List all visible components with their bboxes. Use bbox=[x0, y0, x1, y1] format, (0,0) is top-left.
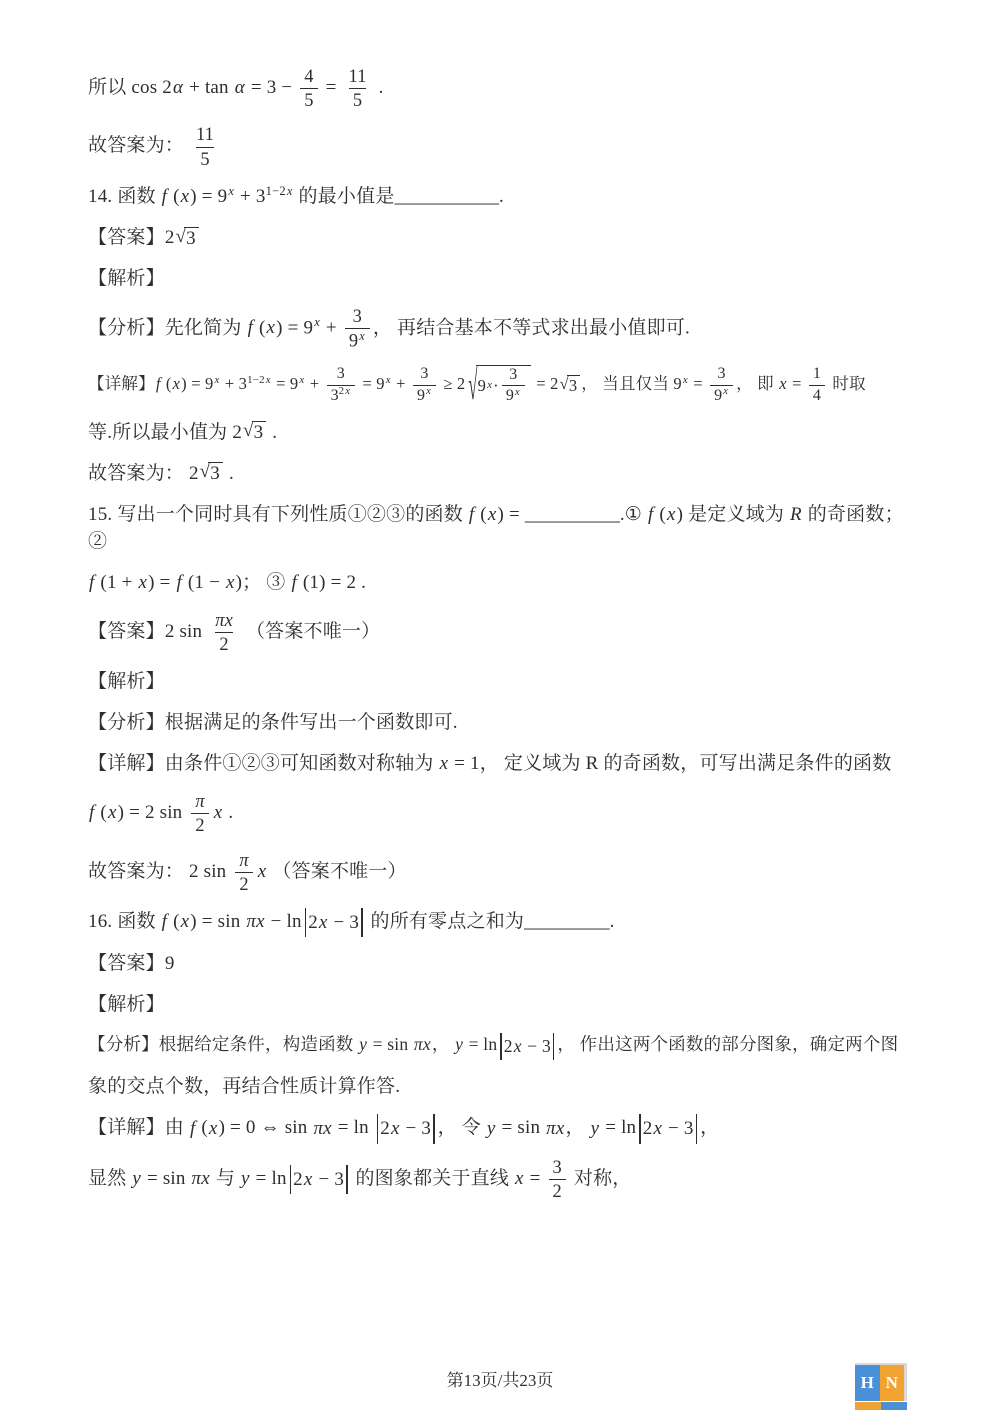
text-run: 是定义域为 bbox=[688, 504, 789, 525]
math-fraction: 39x bbox=[413, 365, 436, 405]
math-roman: = 2 bbox=[532, 374, 559, 393]
text-run: 函数 bbox=[117, 186, 160, 207]
abs-bar-icon bbox=[433, 1114, 435, 1143]
math-roman: 9 bbox=[506, 387, 514, 404]
math-superscript: 1−2x bbox=[247, 374, 272, 386]
fraction-numerator: 11 bbox=[192, 124, 218, 146]
math-fraction: 115 bbox=[192, 124, 218, 169]
math-roman: = ln bbox=[251, 1168, 287, 1189]
sqrt-content: 3 bbox=[252, 421, 267, 445]
math-absolute-value: 2x − 3 bbox=[375, 1114, 437, 1143]
math-roman: 3 bbox=[254, 422, 264, 445]
math-roman: ( bbox=[196, 1118, 207, 1139]
math-variable: π bbox=[238, 850, 249, 870]
math-superscript: x bbox=[385, 374, 392, 386]
math-sqrt: √3 bbox=[176, 227, 199, 251]
line-q16-jiexi: 【解析】 bbox=[88, 991, 920, 1019]
line-q14-xiangjie-cont: 等.所以最小值为 2√3 . bbox=[88, 419, 920, 447]
fraction-denominator: 5 bbox=[300, 88, 317, 111]
math-roman: + bbox=[305, 374, 323, 393]
text-run: ， 定义域为 R 的奇函数，可写出满足条件的函数 bbox=[480, 753, 892, 774]
math-fraction: π2 bbox=[190, 791, 209, 836]
math-roman: = ln bbox=[333, 1118, 374, 1139]
math-roman: − 3 bbox=[314, 1169, 345, 1190]
math-fraction: 332x bbox=[327, 365, 356, 405]
text-run: 【答案】 bbox=[88, 953, 165, 974]
math-superscript: 1−2x bbox=[266, 184, 294, 198]
math-variable: x bbox=[303, 1169, 314, 1190]
math-roman: ( bbox=[654, 504, 665, 525]
math-roman: = bbox=[689, 374, 707, 393]
math-fraction: 39x bbox=[710, 365, 733, 405]
math-sqrt: √9x · 39x bbox=[468, 365, 531, 406]
math-roman: ( bbox=[475, 504, 486, 525]
math-roman: 1 bbox=[813, 365, 821, 382]
math-roman: ( bbox=[95, 802, 106, 823]
math-fraction: πx2 bbox=[210, 610, 238, 655]
text-run: 与 bbox=[211, 1168, 240, 1189]
math-roman: 3 bbox=[509, 366, 517, 383]
math-roman: ) = 2 sin bbox=[118, 802, 188, 823]
text-run: 象的交点个数，再结合性质计算作答. bbox=[88, 1076, 400, 1097]
math-variable: x bbox=[208, 1118, 219, 1139]
math-roman: . bbox=[267, 422, 277, 443]
math-variable: y bbox=[486, 1118, 497, 1139]
logo-letter-n: N bbox=[886, 1373, 898, 1393]
fraction-denominator: 2 bbox=[215, 632, 232, 655]
math-superscript: x bbox=[313, 315, 321, 329]
line-q16-symmetry: 显然 y = sin πx 与 y = ln2x − 3 的图象都关于直线 x … bbox=[88, 1157, 920, 1202]
math-variable: y bbox=[131, 1168, 142, 1189]
math-roman: ≥ 2 bbox=[439, 374, 465, 393]
math-roman: ) = 0 ⇔ sin bbox=[219, 1118, 313, 1139]
logo-letter-h-cell: H bbox=[855, 1365, 880, 1401]
math-variable: x bbox=[137, 572, 148, 593]
text-run: 【分析】先化简为 bbox=[88, 317, 247, 338]
math-roman: 3 bbox=[553, 1157, 562, 1177]
math-roman: 2 bbox=[189, 463, 199, 484]
text-run: 时取 bbox=[828, 374, 866, 393]
math-roman: ) bbox=[677, 504, 688, 525]
math-roman: = sin bbox=[368, 1034, 413, 1054]
math-superscript: x bbox=[213, 374, 220, 386]
line-q15-answer: 【答案】2 sin πx2 （答案不唯一） bbox=[88, 610, 920, 655]
math-fraction: 39x bbox=[345, 306, 370, 352]
math-roman: ( bbox=[162, 374, 172, 393]
fraction-numerator: π bbox=[190, 791, 209, 813]
text-run: 等.所以最小值为 bbox=[88, 422, 232, 443]
math-variable: R bbox=[789, 504, 803, 525]
text-run: 显然 bbox=[88, 1168, 131, 1189]
math-roman: + bbox=[392, 374, 410, 393]
math-roman: 9 bbox=[417, 387, 425, 404]
math-roman: 2 bbox=[643, 1118, 653, 1139]
math-variable: x bbox=[514, 1168, 525, 1189]
math-roman: = ln bbox=[464, 1034, 497, 1054]
line-q16-xiangjie: 【详解】由 f (x) = 0 ⇔ sin πx = ln 2x − 3， 令 … bbox=[88, 1114, 920, 1143]
fraction-numerator: 4 bbox=[300, 66, 317, 88]
text-run: （答案不唯一） bbox=[241, 621, 380, 642]
fraction-denominator: 5 bbox=[349, 88, 366, 111]
math-variable: y bbox=[358, 1034, 368, 1054]
math-variable: x bbox=[513, 1036, 523, 1056]
answer-blank: ___________ bbox=[395, 186, 500, 207]
math-fraction: 14 bbox=[809, 365, 825, 405]
math-variable: πx bbox=[413, 1034, 432, 1054]
math-roman: 4 bbox=[304, 66, 313, 86]
math-roman: cos 2 bbox=[131, 77, 172, 98]
math-roman: (1 + bbox=[95, 572, 137, 593]
math-roman: = 9 bbox=[358, 374, 385, 393]
math-superscript: x bbox=[722, 386, 729, 397]
math-variable: f bbox=[247, 317, 254, 338]
hn-logo: H N bbox=[855, 1363, 907, 1409]
math-roman: 4 bbox=[813, 387, 821, 404]
math-superscript: x bbox=[358, 329, 366, 343]
text-run: 【解析】 bbox=[88, 671, 165, 692]
text-run: ； ③ bbox=[242, 572, 290, 593]
math-variable: x bbox=[286, 184, 294, 198]
abs-content: 2x − 3 bbox=[380, 1115, 431, 1143]
math-roman: 2 bbox=[239, 874, 248, 894]
text-run: ， bbox=[565, 1118, 589, 1139]
fraction-denominator: 2 bbox=[191, 813, 208, 836]
math-roman: = 3 − bbox=[246, 77, 297, 98]
math-fraction: 39x bbox=[502, 366, 525, 406]
line-q16-fenxi-1: 【分析】根据给定条件，构造函数 y = sin πx， y = ln2x − 3… bbox=[88, 1032, 920, 1060]
math-absolute-value: 2x − 3 bbox=[637, 1114, 699, 1143]
math-roman: (1) = 2 . bbox=[298, 572, 366, 593]
math-roman: + bbox=[321, 317, 342, 338]
math-variable: f bbox=[175, 572, 182, 593]
math-roman: ) = bbox=[497, 504, 524, 525]
math-roman: 5 bbox=[200, 149, 209, 169]
line-q15-statement-1: 15. 写出一个同时具有下列性质①②③的函数 f (x) = _________… bbox=[88, 501, 920, 556]
math-roman: 2 bbox=[553, 1181, 562, 1201]
text-run: 【答案】 bbox=[88, 621, 165, 642]
page-number-label: 第13页/共23页 bbox=[0, 1366, 1000, 1391]
sqrt-content: 9x · 39x bbox=[476, 365, 531, 406]
math-fraction: 32 bbox=[549, 1157, 566, 1202]
math-roman: 2 bbox=[504, 1036, 513, 1056]
math-superscript: x bbox=[227, 184, 235, 198]
math-roman: 2 bbox=[219, 634, 228, 654]
text-run: ， bbox=[700, 1118, 719, 1139]
line-q14-xiangjie: 【详解】f (x) = 9x + 31−2x = 9x + 332x = 9x … bbox=[88, 365, 920, 406]
math-absolute-value: 2x − 3 bbox=[288, 1165, 350, 1194]
math-fraction: 45 bbox=[300, 66, 317, 111]
text-run: 【详解】 bbox=[88, 374, 155, 393]
text-run: 【解析】 bbox=[88, 994, 165, 1015]
fraction-numerator: πx bbox=[210, 610, 238, 632]
text-run: 【解析】 bbox=[88, 268, 165, 289]
text-run: 【详解】由 bbox=[88, 1118, 189, 1139]
hn-logo-book-top: H N bbox=[855, 1363, 907, 1401]
abs-bar-icon bbox=[639, 1114, 641, 1143]
math-roman: . bbox=[223, 802, 233, 823]
math-variable: πx bbox=[545, 1118, 565, 1139]
abs-bar-icon bbox=[361, 908, 363, 937]
math-variable: x bbox=[425, 386, 432, 397]
math-roman: (1 − bbox=[183, 572, 225, 593]
math-roman: + tan bbox=[184, 77, 234, 98]
math-variable: x bbox=[213, 374, 220, 386]
math-superscript: x bbox=[425, 386, 432, 397]
math-roman: .① bbox=[620, 504, 647, 525]
math-variable: x bbox=[213, 802, 224, 823]
fraction-denominator: 4 bbox=[809, 385, 825, 405]
math-sqrt: √3 bbox=[243, 421, 266, 445]
math-roman: 3 bbox=[420, 365, 428, 382]
line-q14-jiexi: 【解析】 bbox=[88, 265, 920, 293]
math-roman: 3 bbox=[331, 387, 339, 404]
text-run: 【分析】根据给定条件，构造函数 bbox=[88, 1034, 358, 1054]
fraction-denominator: 9x bbox=[345, 328, 370, 352]
math-roman: . bbox=[224, 463, 234, 484]
math-absolute-value: 2x − 3 bbox=[303, 908, 365, 937]
math-variable: f bbox=[155, 374, 162, 393]
fraction-denominator: 9x bbox=[502, 385, 525, 405]
math-variable: x bbox=[318, 912, 329, 933]
line-sol13-answer: 故答案为： 115 bbox=[88, 124, 920, 169]
math-roman: 3 bbox=[337, 365, 345, 382]
line-q14-final-answer: 故答案为： 2√3 . bbox=[88, 460, 920, 488]
math-roman: = bbox=[321, 77, 342, 98]
fraction-numerator: π bbox=[234, 850, 253, 872]
math-roman: 9 bbox=[478, 376, 486, 396]
math-roman: . bbox=[610, 911, 615, 932]
text-run: 【详解】由条件①②③可知函数对称轴为 bbox=[88, 753, 439, 774]
fraction-denominator: 9x bbox=[413, 385, 436, 405]
math-roman: 3 bbox=[186, 228, 196, 251]
math-roman: = bbox=[525, 1168, 546, 1189]
fraction-denominator: 9x bbox=[710, 385, 733, 405]
text-run: （答案不唯一） bbox=[267, 861, 406, 882]
line-q15-statement-2: f (1 + x) = f (1 − x)； ③ f (1) = 2 . bbox=[88, 569, 920, 597]
abs-bar-icon bbox=[305, 908, 307, 937]
math-roman: 1−2 bbox=[266, 184, 286, 198]
text-run: 故答案为： bbox=[88, 135, 189, 156]
math-variable: f bbox=[290, 572, 297, 593]
math-variable: α bbox=[172, 77, 184, 98]
math-variable: πx bbox=[245, 911, 265, 932]
math-roman: = sin bbox=[497, 1118, 546, 1139]
sqrt-content: 3 bbox=[184, 227, 199, 251]
abs-bar-icon bbox=[500, 1033, 502, 1060]
math-roman: . bbox=[499, 186, 504, 207]
math-variable: π bbox=[194, 791, 205, 811]
math-absolute-value: 2x − 3 bbox=[498, 1033, 556, 1060]
math-roman: 3 bbox=[210, 463, 220, 486]
text-run: ， 即 bbox=[736, 374, 778, 393]
math-variable: πx bbox=[214, 610, 234, 630]
fraction-denominator: 2 bbox=[235, 872, 252, 895]
math-roman: − 3 bbox=[523, 1036, 551, 1056]
math-sqrt: √3 bbox=[560, 375, 581, 396]
math-roman: . bbox=[374, 77, 384, 98]
math-roman: ( bbox=[168, 911, 179, 932]
math-roman: 2 bbox=[165, 227, 175, 248]
fraction-numerator: 3 bbox=[416, 365, 432, 384]
math-variable: x bbox=[257, 861, 268, 882]
math-roman: 2 bbox=[308, 912, 318, 933]
math-roman: + 3 bbox=[235, 186, 266, 207]
math-roman: · bbox=[493, 376, 499, 396]
logo-letter-h: H bbox=[861, 1373, 874, 1393]
math-roman: ( bbox=[168, 186, 179, 207]
math-roman: 11 bbox=[196, 124, 214, 144]
line-q15-fenxi: 【分析】根据满足的条件写出一个函数即可. bbox=[88, 709, 920, 737]
math-roman: ) = 9 bbox=[276, 317, 313, 338]
math-roman: − 3 bbox=[401, 1118, 432, 1139]
abs-bar-icon bbox=[696, 1114, 698, 1143]
math-roman: 2 bbox=[293, 1169, 303, 1190]
answer-blank: __________ bbox=[525, 504, 620, 525]
line-q14-statement: 14. 函数 f (x) = 9x + 31−2x 的最小值是_________… bbox=[88, 183, 920, 211]
text-run: 【答案】 bbox=[88, 227, 165, 248]
math-variable: x bbox=[225, 572, 236, 593]
text-run: 对称， bbox=[569, 1168, 632, 1189]
line-q15-jiexi: 【解析】 bbox=[88, 668, 920, 696]
text-run: 写出一个同时具有下列性质①②③的函数 bbox=[117, 504, 468, 525]
math-roman: ) = sin bbox=[190, 911, 245, 932]
math-variable: x bbox=[682, 374, 689, 386]
abs-content: 2x − 3 bbox=[308, 909, 359, 937]
fraction-denominator: 2 bbox=[549, 1179, 566, 1202]
line-q15-function: f (x) = 2 sin π2x . bbox=[88, 791, 920, 836]
line-q14-fenxi: 【分析】先化简为 f (x) = 9x + 39x， 再结合基本不等式求出最小值… bbox=[88, 306, 920, 352]
math-roman: 11 bbox=[348, 66, 366, 86]
math-variable: y bbox=[590, 1118, 601, 1139]
text-run: ， 令 bbox=[438, 1118, 486, 1139]
radical-icon: √ bbox=[468, 364, 477, 407]
line-q16-statement: 16. 函数 f (x) = sin πx − ln2x − 3 的所有零点之和… bbox=[88, 908, 920, 937]
math-sqrt: √3 bbox=[200, 462, 223, 486]
math-superscript: 2x bbox=[339, 386, 351, 397]
math-roman: = ln bbox=[600, 1118, 636, 1139]
math-variable: x bbox=[722, 386, 729, 397]
math-variable: x bbox=[313, 315, 321, 329]
fraction-numerator: 11 bbox=[344, 66, 370, 88]
sqrt-content: 3 bbox=[567, 375, 580, 396]
math-variable: x bbox=[107, 802, 118, 823]
math-roman: 15. bbox=[88, 504, 117, 525]
math-roman: − 3 bbox=[329, 912, 360, 933]
math-roman: − 3 bbox=[663, 1118, 694, 1139]
math-roman: 2 bbox=[380, 1118, 390, 1139]
math-roman: 2 bbox=[195, 815, 204, 835]
math-variable: x bbox=[227, 184, 235, 198]
math-roman: = 9 bbox=[272, 374, 299, 393]
fraction-denominator: 32x bbox=[327, 385, 356, 405]
math-roman: ) = 9 bbox=[190, 186, 227, 207]
math-variable: x bbox=[344, 386, 351, 397]
math-roman: 16. bbox=[88, 911, 117, 932]
text-run: ， 当且仅当 9 bbox=[581, 374, 682, 393]
text-run: 的所有零点之和为 bbox=[366, 911, 525, 932]
abs-bar-icon bbox=[377, 1114, 379, 1143]
text-run: 的图象都关于直线 bbox=[351, 1168, 515, 1189]
text-run: 【分析】根据满足的条件写出一个函数即可. bbox=[88, 712, 458, 733]
logo-strip-left bbox=[855, 1402, 881, 1410]
math-variable: x bbox=[514, 387, 521, 398]
math-variable: x bbox=[358, 329, 366, 343]
math-variable: x bbox=[385, 374, 392, 386]
text-run: ， bbox=[432, 1034, 454, 1054]
math-roman: 3 bbox=[718, 365, 726, 382]
math-roman: 5 bbox=[353, 90, 362, 110]
fraction-numerator: 3 bbox=[505, 366, 521, 385]
math-roman: ) = 9 bbox=[181, 374, 213, 393]
math-roman: 2 sin bbox=[165, 621, 207, 642]
math-roman: = 1 bbox=[449, 753, 480, 774]
math-variable: x bbox=[390, 1118, 401, 1139]
math-fraction: π2 bbox=[234, 850, 253, 895]
math-variable: x bbox=[778, 374, 788, 393]
logo-letter-n-cell: N bbox=[880, 1365, 905, 1401]
abs-bar-icon bbox=[553, 1033, 555, 1060]
text-run: 故答案为： bbox=[88, 861, 189, 882]
line-q15-xiangjie: 【详解】由条件①②③可知函数对称轴为 x = 1， 定义域为 R 的奇函数，可写… bbox=[88, 750, 920, 778]
math-roman: 9 bbox=[165, 953, 175, 974]
sqrt-content: 3 bbox=[208, 462, 223, 486]
math-variable: x bbox=[180, 186, 191, 207]
line-q16-fenxi-2: 象的交点个数，再结合性质计算作答. bbox=[88, 1073, 920, 1101]
math-superscript: x bbox=[486, 380, 493, 391]
math-roman: 3 bbox=[569, 376, 577, 396]
math-variable: x bbox=[486, 379, 493, 391]
abs-content: 2x − 3 bbox=[293, 1166, 344, 1194]
text-run: 故答案为： bbox=[88, 463, 189, 484]
math-variable: y bbox=[240, 1168, 251, 1189]
math-roman: 2 bbox=[232, 422, 242, 443]
math-variable: x bbox=[265, 374, 272, 386]
math-roman: = bbox=[788, 374, 806, 393]
math-variable: x bbox=[172, 374, 182, 393]
line-sol13-conclusion: 所以 cos 2α + tan α = 3 − 45 = 115 . bbox=[88, 66, 920, 111]
math-roman: + 3 bbox=[221, 374, 248, 393]
math-variable: x bbox=[652, 1118, 663, 1139]
text-run: ， 作出这两个函数的部分图象，确定两个图 bbox=[557, 1034, 898, 1054]
math-roman: ( bbox=[254, 317, 265, 338]
answer-blank: _________ bbox=[524, 911, 610, 932]
math-variable: πx bbox=[312, 1118, 332, 1139]
document-page: 所以 cos 2α + tan α = 3 − 45 = 115 . 故答案为：… bbox=[0, 0, 1000, 1414]
fraction-numerator: 3 bbox=[349, 306, 366, 328]
line-q14-answer: 【答案】2√3 bbox=[88, 224, 920, 252]
abs-content: 2x − 3 bbox=[504, 1034, 551, 1059]
math-variable: α bbox=[234, 77, 246, 98]
math-roman: 2 sin bbox=[189, 861, 231, 882]
line-q15-final-answer: 故答案为： 2 sin π2x （答案不唯一） bbox=[88, 850, 920, 895]
fraction-denominator: 5 bbox=[196, 147, 213, 170]
abs-content: 2x − 3 bbox=[643, 1115, 694, 1143]
fraction-numerator: 3 bbox=[549, 1157, 566, 1179]
fraction-numerator: 1 bbox=[809, 365, 825, 384]
math-variable: x bbox=[180, 911, 191, 932]
math-variable: x bbox=[666, 504, 677, 525]
math-variable: x bbox=[439, 753, 450, 774]
fraction-numerator: 3 bbox=[714, 365, 730, 384]
math-roman: 1−2 bbox=[247, 374, 265, 386]
hn-logo-book-bottom bbox=[855, 1402, 907, 1410]
text-run: 的最小值是 bbox=[294, 186, 395, 207]
math-variable: πx bbox=[191, 1168, 211, 1189]
math-fraction: 115 bbox=[344, 66, 370, 111]
math-roman: 9 bbox=[349, 331, 358, 351]
logo-strip-right bbox=[881, 1402, 907, 1410]
math-roman: 3 bbox=[353, 306, 362, 326]
